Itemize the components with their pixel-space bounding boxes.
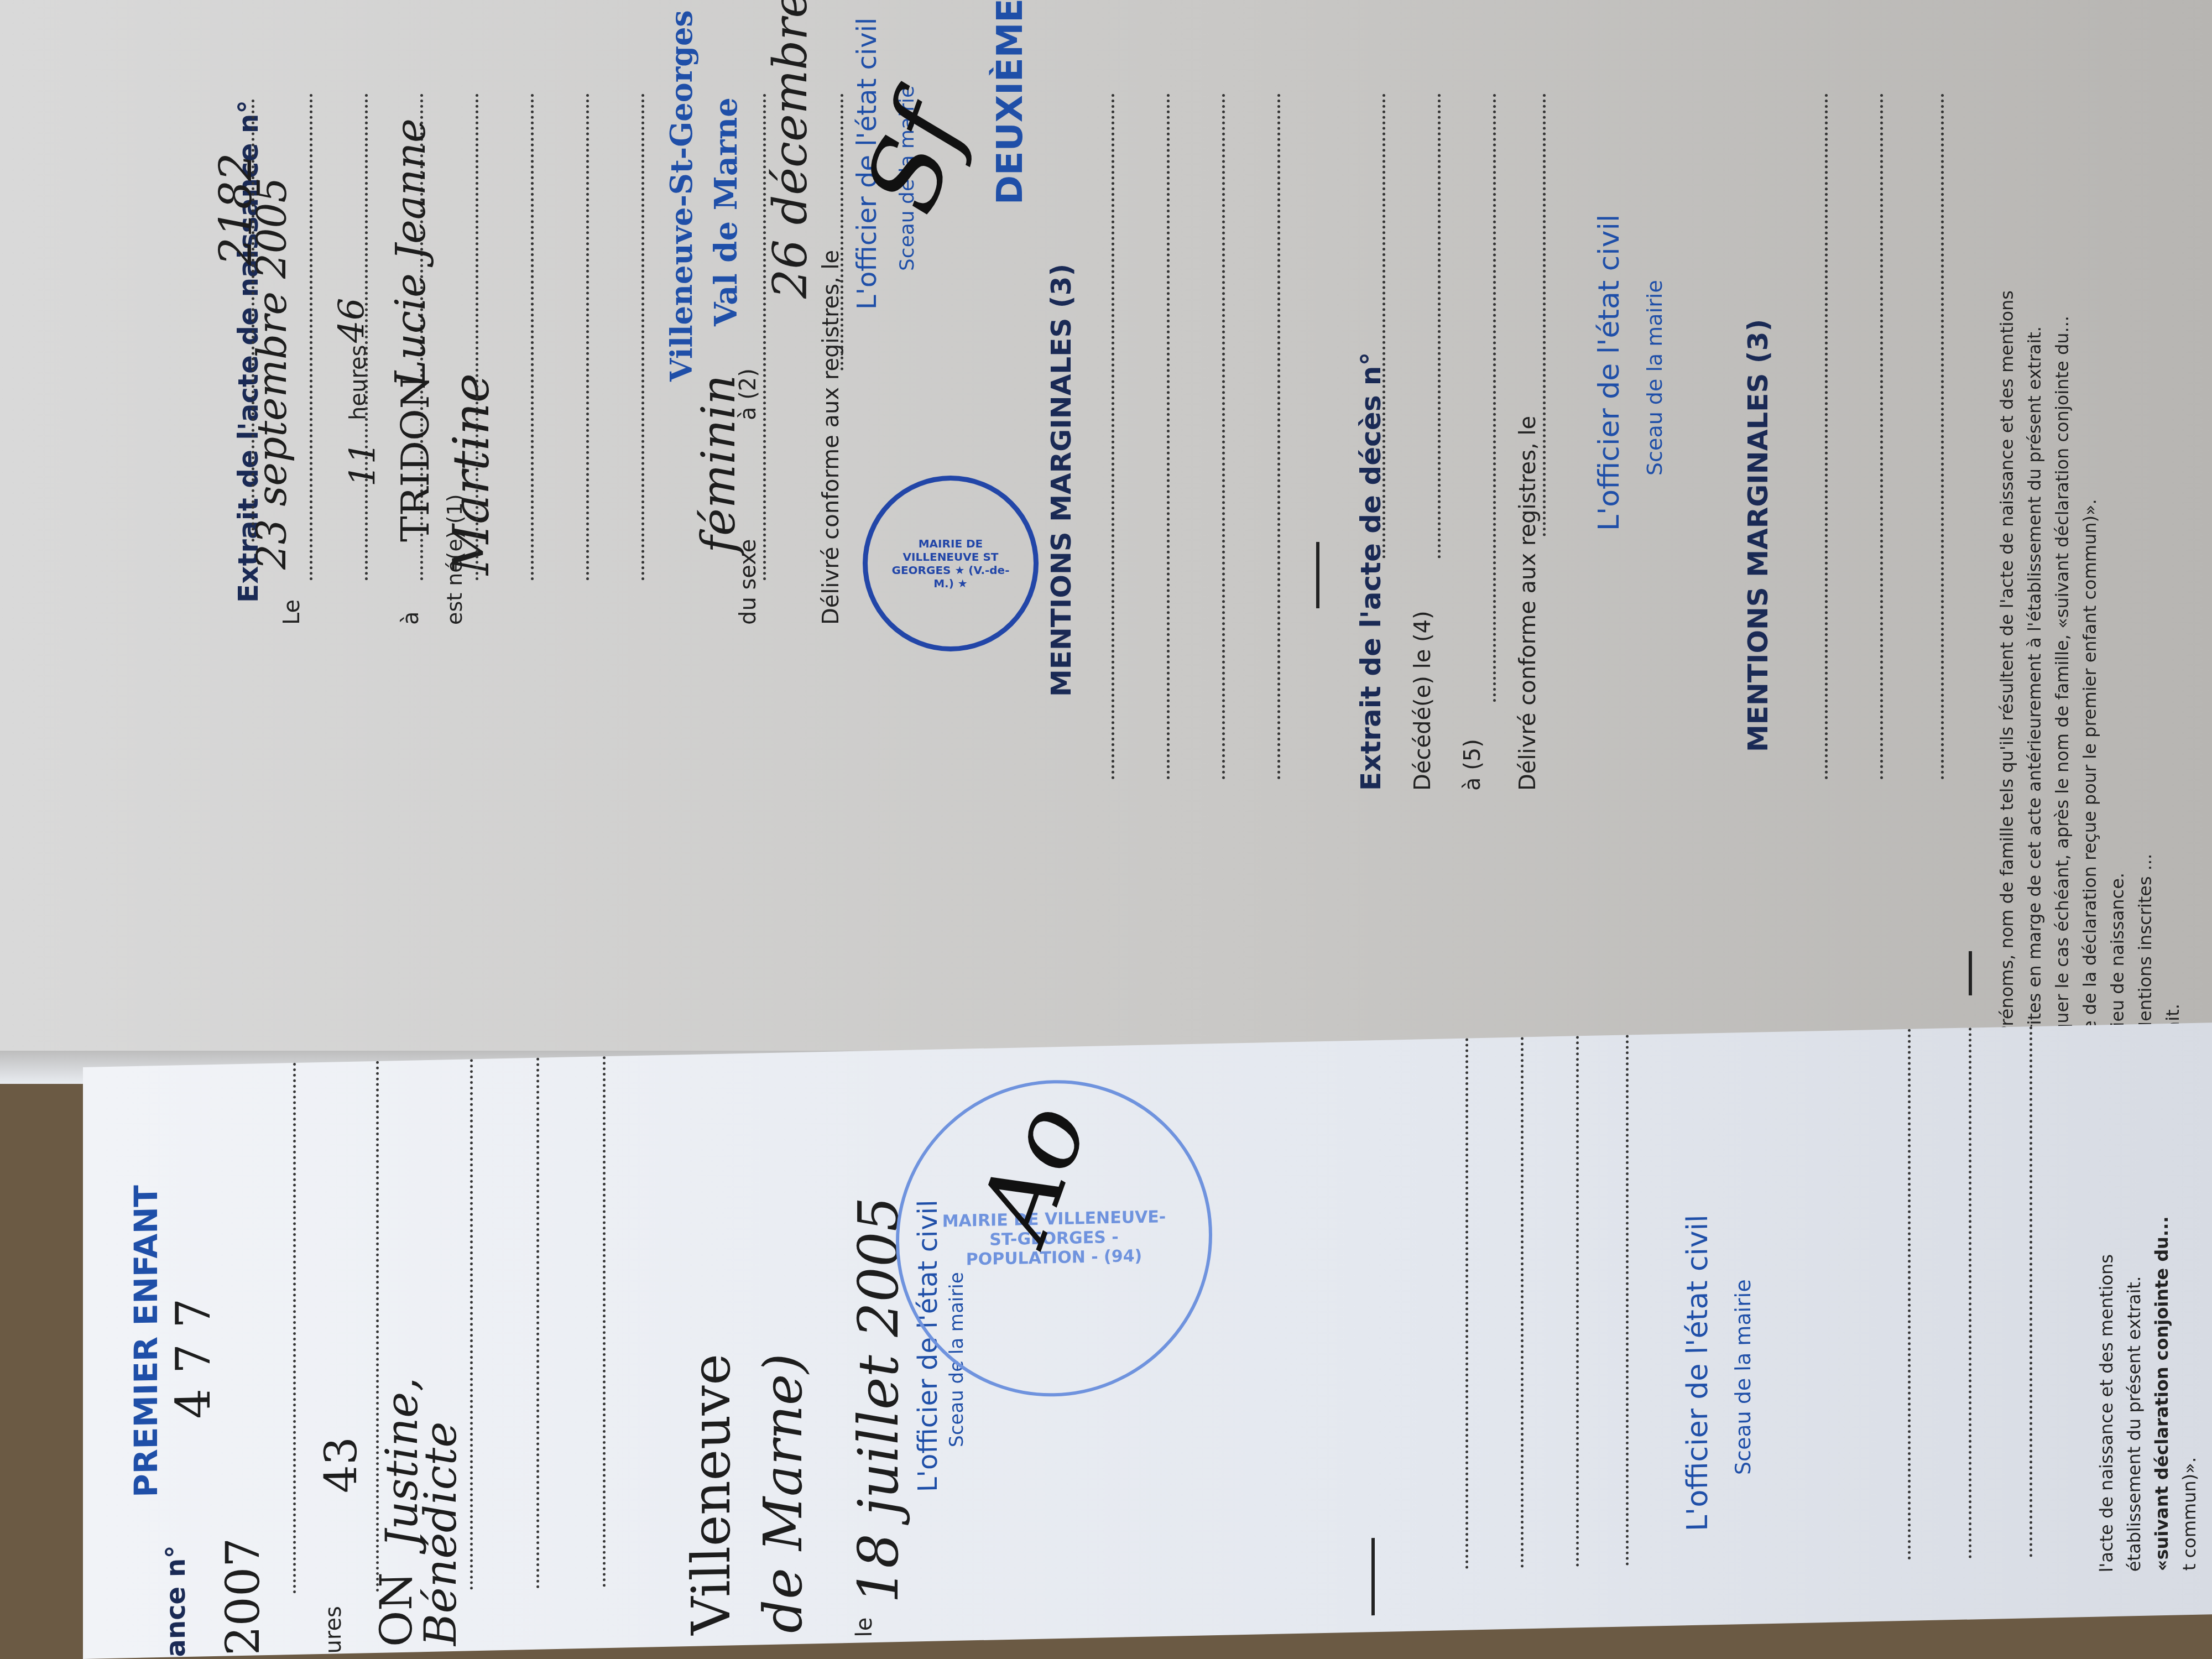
dotted-line — [476, 94, 478, 581]
birth-hour: 11 — [343, 442, 384, 487]
footnote-line: inscrites en marge de cet acte antérieur… — [2024, 326, 2045, 1067]
death-place-label: à (5) — [1460, 739, 1485, 791]
dotted-line — [1969, 1027, 1971, 1558]
dotted-line — [470, 1059, 473, 1590]
left-death-seal-label: Sceau de la mairie — [1731, 1279, 1755, 1475]
child-given-names-1: Lucie Jeanne — [387, 118, 435, 387]
left-minutes: 43 — [315, 1436, 367, 1494]
dotted-line — [293, 1063, 296, 1594]
dotted-line — [1438, 94, 1441, 559]
dotted-line — [586, 94, 589, 581]
dotted-line — [1465, 1039, 1468, 1569]
dotted-line — [531, 94, 534, 581]
dotted-line — [1277, 94, 1280, 780]
left-delivered-fragment: le — [852, 1617, 877, 1637]
dotted-line — [1908, 1029, 1911, 1560]
dotted-line — [641, 94, 644, 581]
dotted-line — [1825, 94, 1828, 780]
birth-minutes: 46 — [332, 298, 373, 343]
left-death-officer-label: L'officier de l'état civil — [1681, 1214, 1714, 1532]
dotted-line — [603, 1056, 606, 1587]
footnote-line: Indiquer le cas échéant, après le nom de… — [2052, 316, 2073, 1067]
dotted-line — [310, 94, 312, 581]
heading-premier-enfant: PREMIER ENFANT — [127, 1185, 165, 1498]
death-seal-label: Sceau de la mairie — [1642, 280, 1667, 476]
place-label: à — [398, 611, 424, 625]
child-given-names-2: Martine — [442, 373, 500, 575]
dotted-line — [1626, 1035, 1629, 1566]
dotted-line — [1941, 94, 1944, 780]
marginal-mentions-heading: MENTIONS MARGINALES (3) — [1045, 264, 1077, 697]
birth-date-value: 23 septembre 2005 — [249, 178, 295, 570]
footnote-divider — [1969, 951, 1972, 995]
town-hall-stamp: MAIRIE DE VILLENEUVE ST GEORGES ★ (V.-de… — [863, 476, 1039, 651]
date-label: Le — [279, 599, 305, 625]
delivered-date: 26 décembre 2008 — [763, 0, 817, 299]
death-marginal-mentions-heading: MENTIONS MARGINALES (3) — [1742, 319, 1774, 752]
left-footnote-line: établissement du présent extrait. — [2124, 1276, 2145, 1572]
dotted-line — [1880, 94, 1883, 780]
dotted-line — [1112, 94, 1114, 780]
dotted-line — [1543, 94, 1546, 536]
left-footnote-line: l'acte de naissance et des mentions — [2096, 1254, 2117, 1573]
child-surname: TRIDON — [393, 375, 438, 542]
dotted-line — [1576, 1036, 1579, 1567]
section-divider — [1371, 1538, 1375, 1615]
dotted-line — [841, 94, 843, 371]
left-birth-number: 4 7 7 — [166, 1297, 221, 1420]
birthplace-label: à (2) — [735, 368, 761, 420]
left-page-premier-enfant: PREMIER ENFANT ance n° 4 7 7 2007 ures 4… — [83, 1022, 2212, 1659]
hours-label: heures — [346, 345, 371, 420]
footnote-line: (1) Prénoms, nom de famille tels qu'ils … — [1996, 290, 2017, 1067]
stamp-text: MAIRIE DE VILLENEUVE ST GEORGES ★ (V.-de… — [868, 515, 1034, 612]
dotted-line — [1222, 94, 1225, 780]
footnote-line: (date de la déclaration reçue pour le pr… — [2079, 499, 2100, 1067]
death-officer-label: L'officier de l'état civil — [1593, 215, 1626, 531]
left-hours-fragment: ures — [321, 1606, 346, 1654]
left-birth-year: 2007 — [216, 1537, 270, 1656]
birthplace-stamp-city: Villeneuve-St-Georges — [664, 10, 699, 382]
death-delivered-label: Délivré conforme aux registres, le — [1515, 416, 1541, 791]
livret-de-famille-photo: DEUXIÈME ENFANT Extrait de l'acte de nai… — [0, 0, 2212, 1659]
left-footnote-line: «suivant déclaration conjointe du... — [2151, 1216, 2172, 1571]
dotted-line — [2030, 1026, 2032, 1557]
dotted-line — [536, 1058, 539, 1589]
dotted-line — [1383, 94, 1385, 559]
dotted-line — [1493, 94, 1496, 702]
left-footnote-line: t commun)». — [2179, 1457, 2200, 1571]
section-divider — [1316, 542, 1319, 608]
dotted-line — [1521, 1037, 1524, 1568]
birthplace-stamp-dept: Val de Marne — [708, 97, 744, 326]
death-date-label: Décédé(e) le (4) — [1410, 611, 1436, 791]
right-page-deuxieme-enfant: DEUXIÈME ENFANT Extrait de l'acte de nai… — [0, 0, 2212, 1067]
left-given-names-2: Bénédicte — [415, 1421, 466, 1646]
left-place-2: de Marne) — [752, 1353, 814, 1634]
heading-deuxieme-enfant: DEUXIÈME ENFANT — [990, 0, 1031, 205]
dotted-line — [1167, 94, 1170, 780]
left-place-1: Villeneuve — [680, 1353, 742, 1635]
birth-extract-title-fragment: ance n° — [160, 1545, 191, 1657]
